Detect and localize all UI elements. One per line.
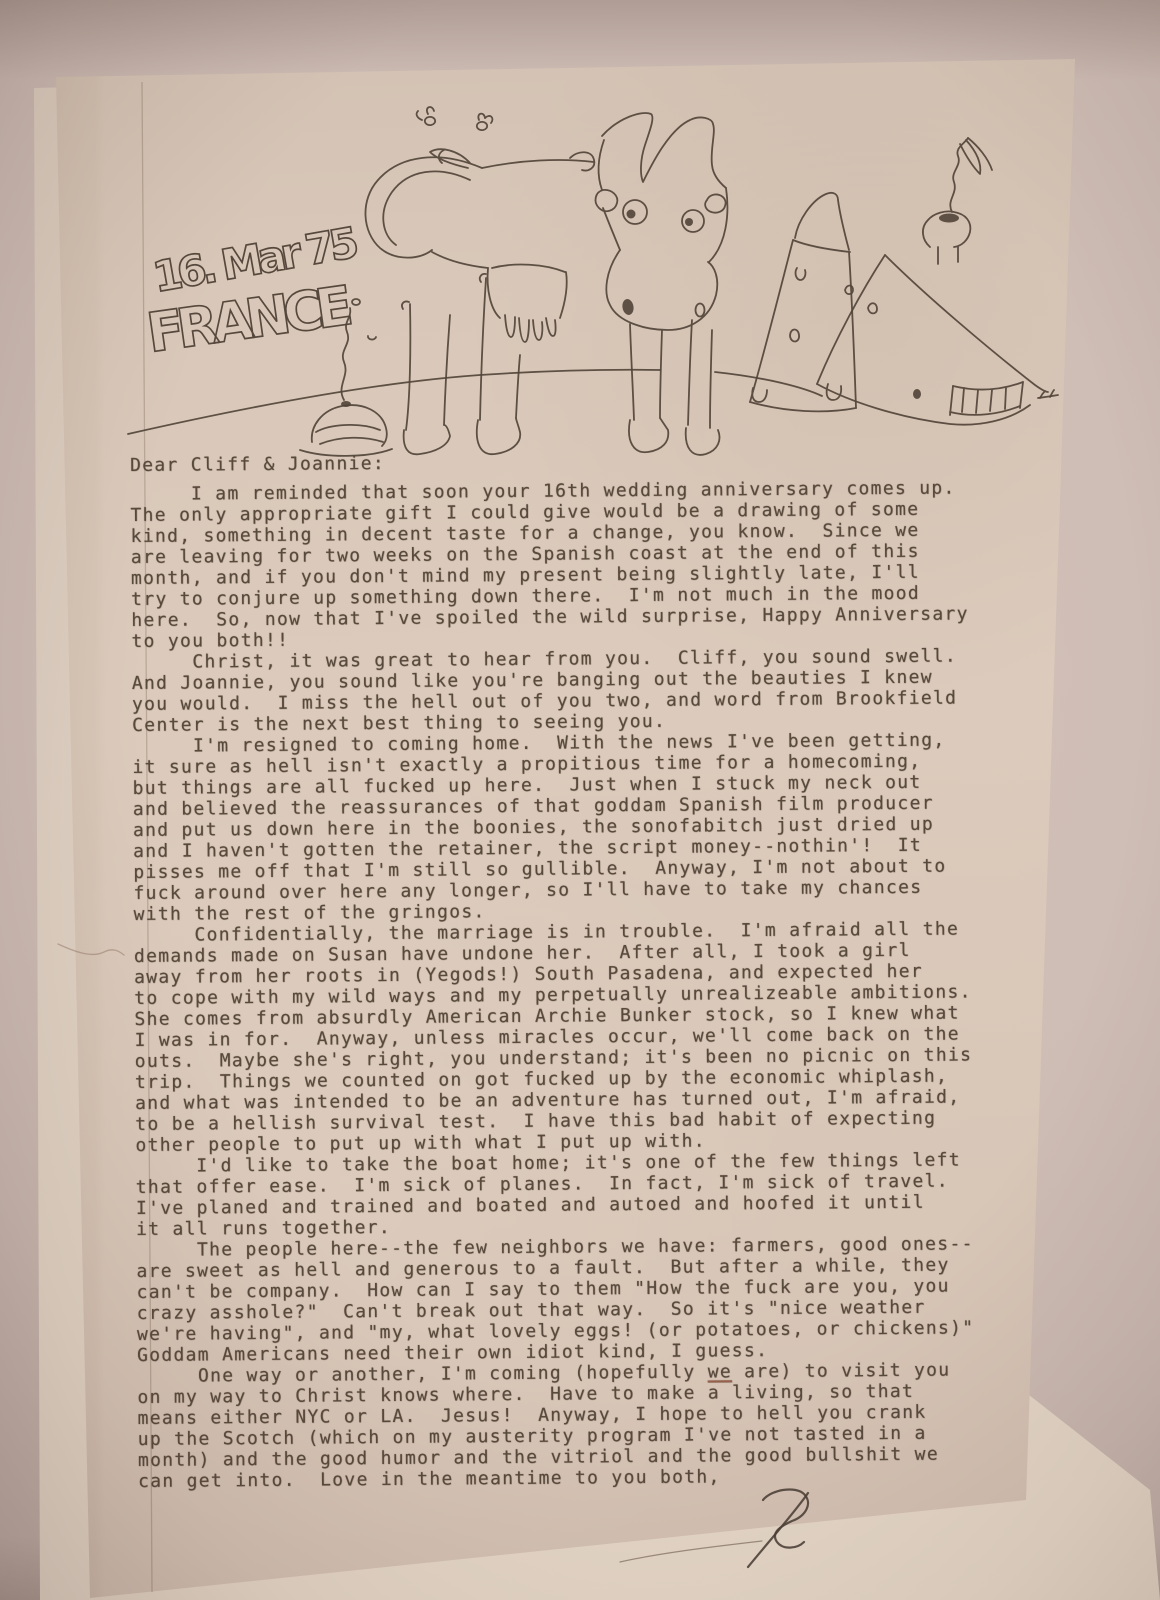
date-stamp-lettering: 16. Mar 75 FRANCE [143,218,360,365]
signature-flourish [620,1489,808,1567]
letter-photograph: 16. Mar 75 FRANCE [0,0,1160,1600]
paper-tear [58,944,124,955]
farmhouse-doodle [817,138,1054,425]
letter-body: Dear Cliff & Joannie: I am reminded that… [130,448,1043,1492]
letter-paragraphs: I am reminded that soon your 16th weddin… [130,477,1043,1492]
flies-doodle [417,107,493,130]
ground-line [128,370,1058,434]
cow-doodle [365,113,727,455]
chimney-smoke [923,138,992,264]
